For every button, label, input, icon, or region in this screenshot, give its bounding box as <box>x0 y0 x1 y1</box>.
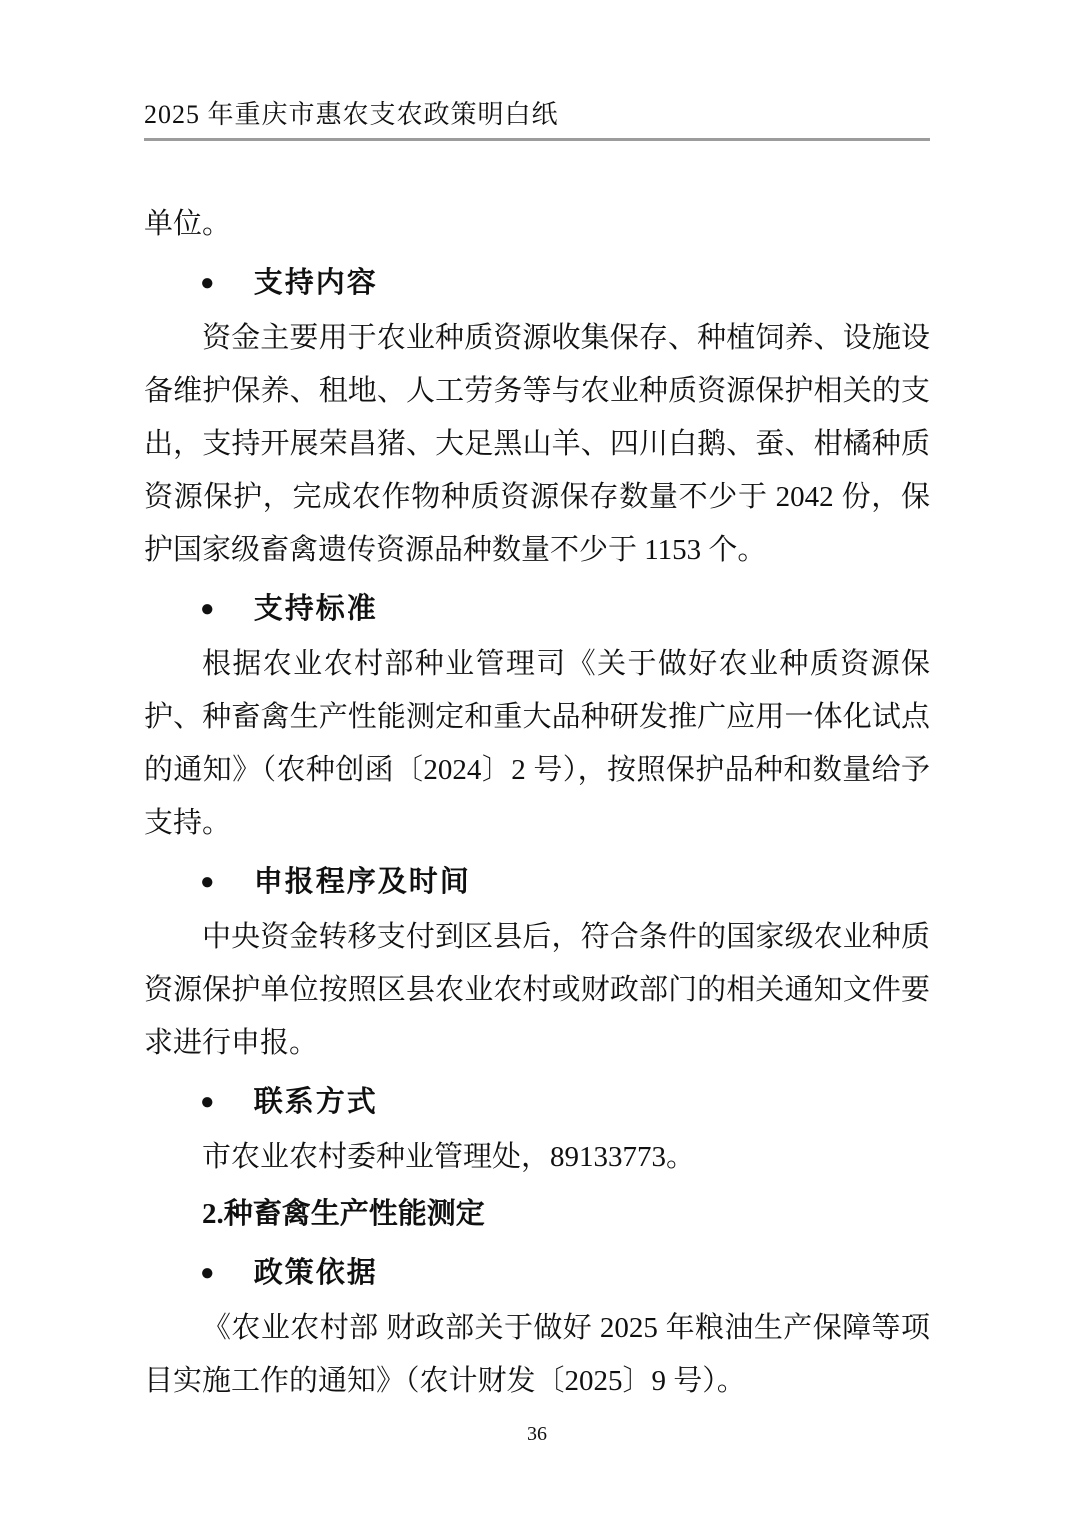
document-footer: 36 <box>0 1422 1074 1446</box>
header-title: 2025 年重庆市惠农支农政策明白纸 <box>144 99 930 131</box>
bullet-icon: ● <box>200 597 215 621</box>
bullet-icon: ● <box>200 271 215 295</box>
bullet-icon: ● <box>200 1090 215 1114</box>
paragraph-application-procedure: 中央资金转移支付到区县后，符合条件的国家级农业种质资源保护单位按照区县农业农村或… <box>144 911 930 1070</box>
paragraph-continuation: 单位。 <box>144 198 930 251</box>
document-body: 单位。 ● 支持内容 资金主要用于农业种质资源收集保存、种植饲养、设施设备维护保… <box>0 141 1074 1408</box>
paragraph-support-standard: 根据农业农村部种业管理司《关于做好农业种质资源保护、种畜禽生产性能测定和重大品种… <box>144 638 930 850</box>
page-number: 36 <box>527 1423 547 1445</box>
heading-support-standard: ● 支持标准 <box>144 583 930 636</box>
document-page: 2025 年重庆市惠农支农政策明白纸 单位。 ● 支持内容 资金主要用于农业种质… <box>0 0 1074 1520</box>
heading-support-content: ● 支持内容 <box>144 257 930 310</box>
heading-application-procedure: ● 申报程序及时间 <box>144 856 930 909</box>
bullet-icon: ● <box>200 870 215 894</box>
document-header: 2025 年重庆市惠农支农政策明白纸 <box>0 0 1074 141</box>
heading-policy-basis-label: 政策依据 <box>254 1257 378 1289</box>
heading-contact-label: 联系方式 <box>254 1086 378 1118</box>
paragraph-policy-basis: 《农业农村部 财政部关于做好 2025 年粮油生产保障等项目实施工作的通知》（农… <box>144 1302 930 1408</box>
subheading-breeding-performance-testing: 2.种畜禽生产性能测定 <box>144 1188 930 1241</box>
heading-policy-basis: ● 政策依据 <box>144 1247 930 1300</box>
heading-contact: ● 联系方式 <box>144 1076 930 1129</box>
heading-application-procedure-label: 申报程序及时间 <box>254 866 471 898</box>
paragraph-support-content: 资金主要用于农业种质资源收集保存、种植饲养、设施设备维护保养、租地、人工劳务等与… <box>144 312 930 577</box>
paragraph-contact: 市农业农村委种业管理处，89133773。 <box>144 1131 930 1184</box>
heading-support-content-label: 支持内容 <box>254 267 378 299</box>
heading-support-standard-label: 支持标准 <box>254 593 378 625</box>
bullet-icon: ● <box>200 1261 215 1285</box>
